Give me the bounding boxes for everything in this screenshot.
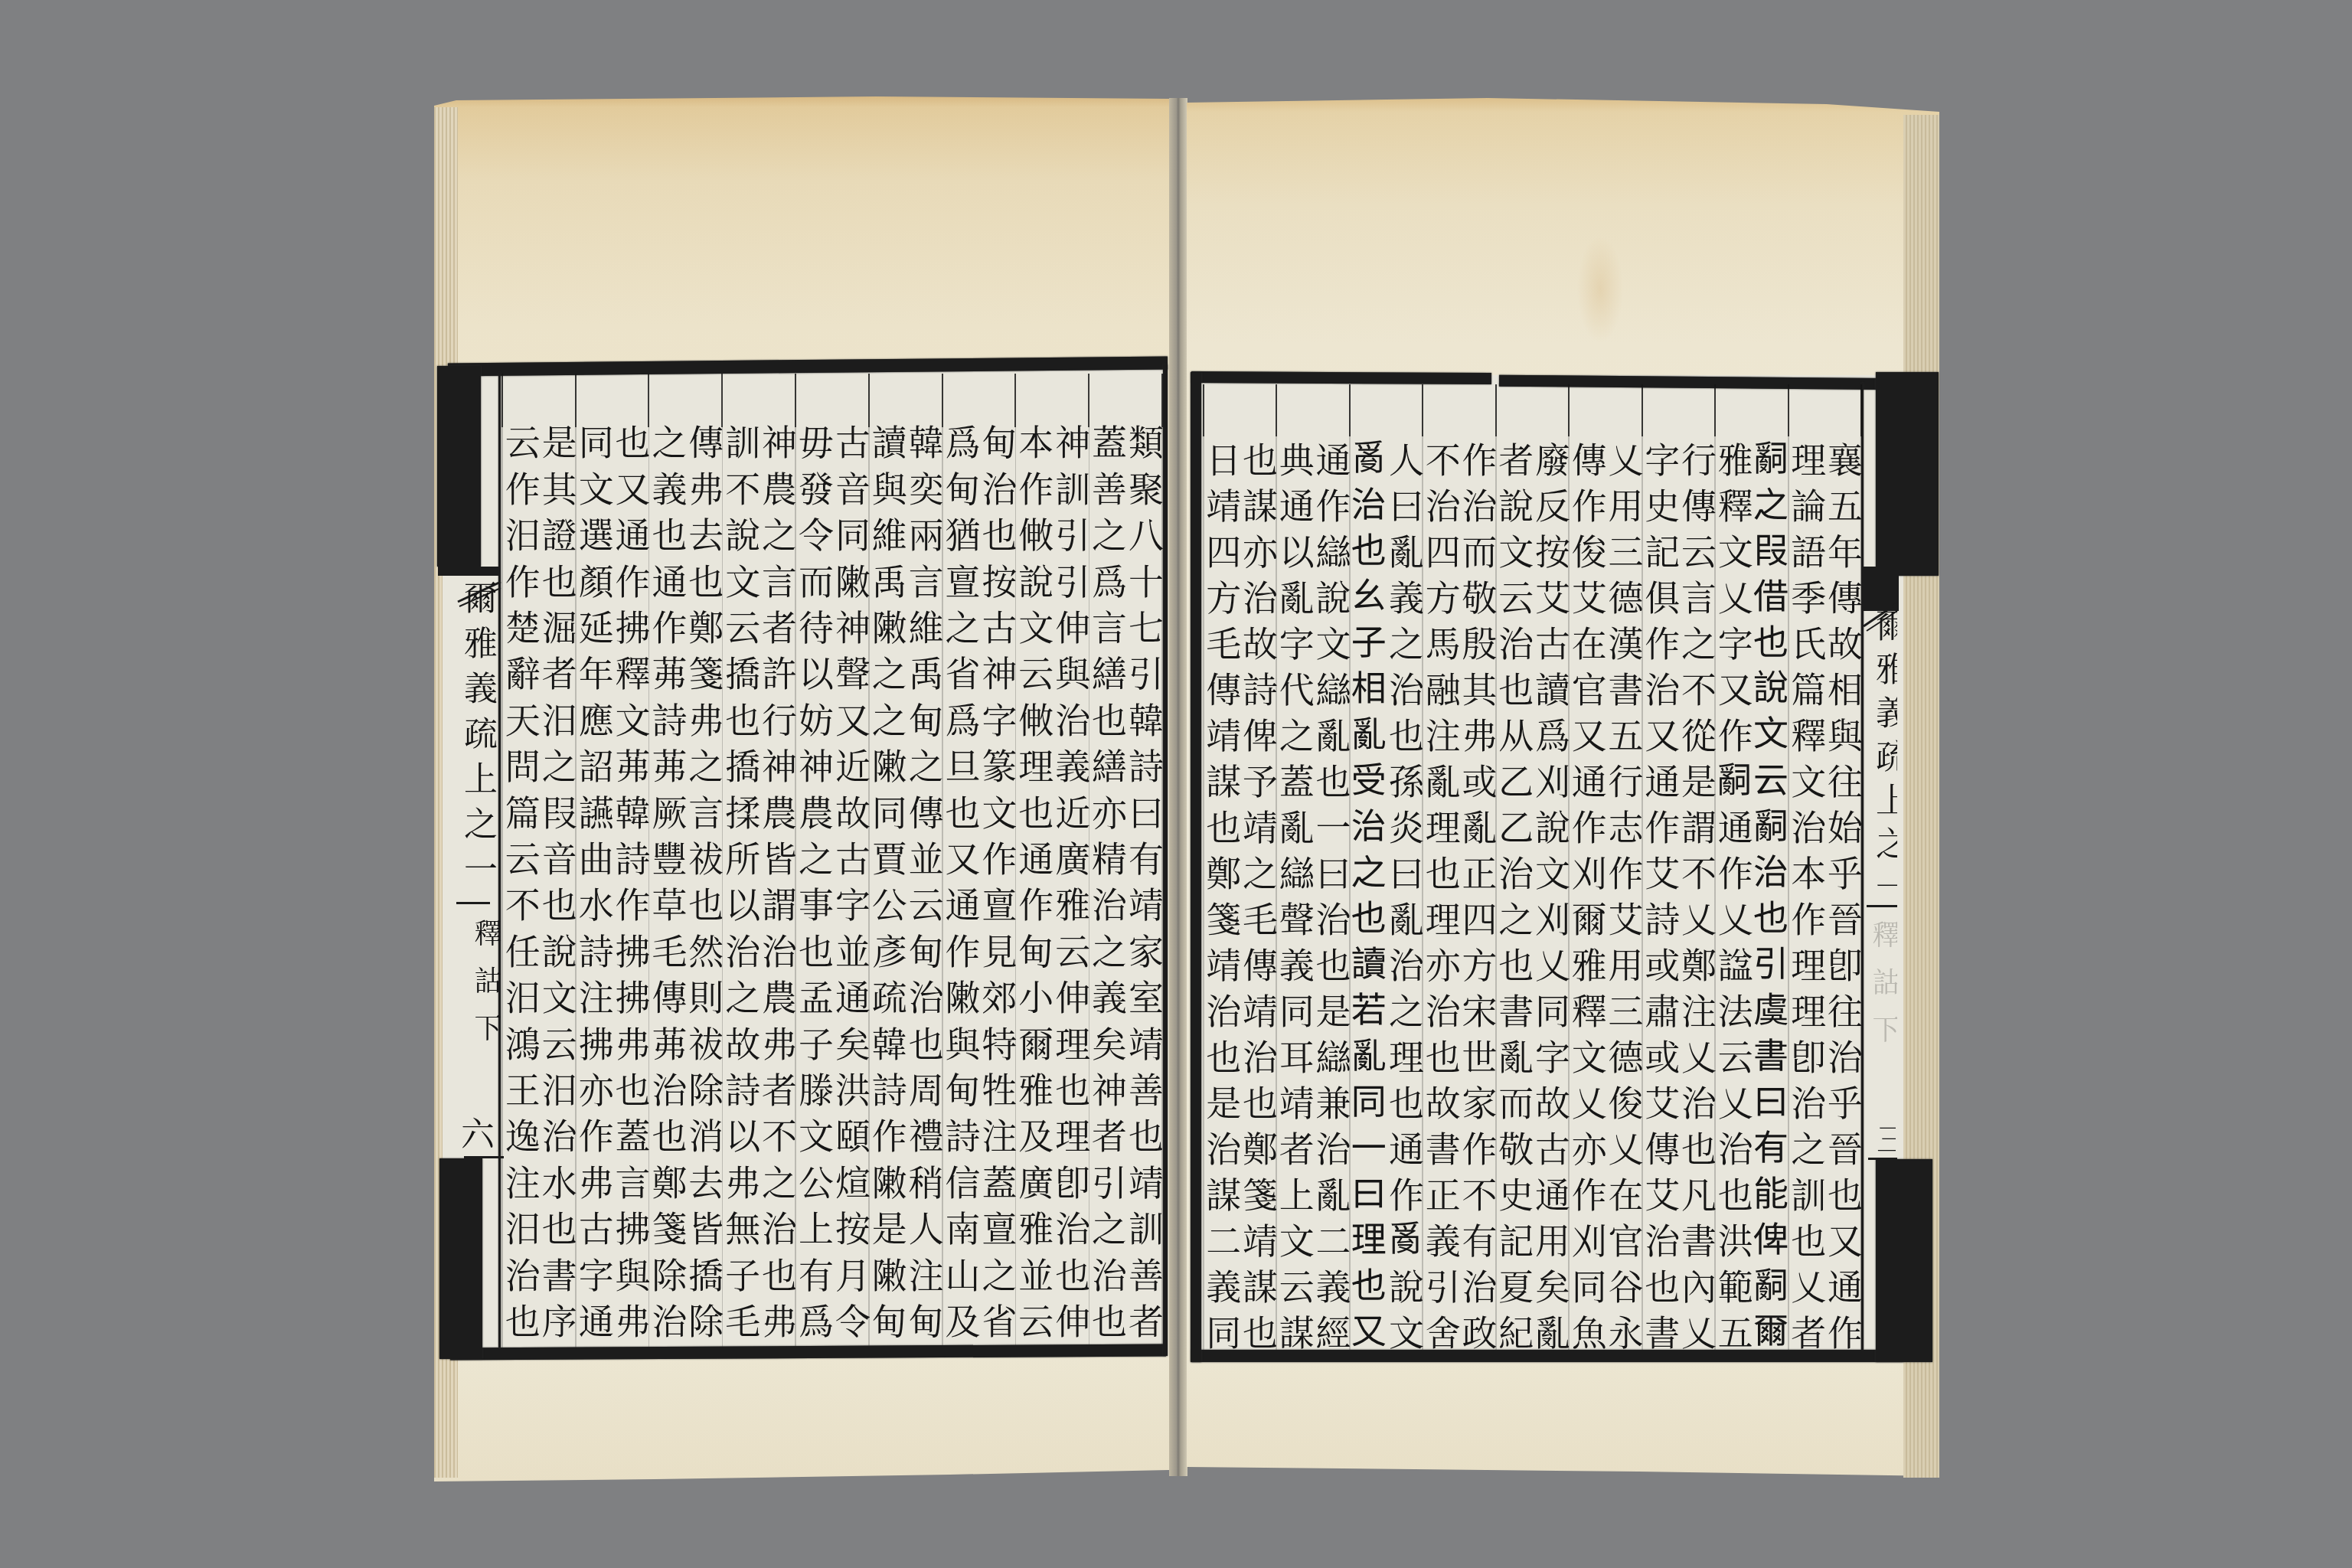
right-fold-page-number-box: 三 [1871, 1121, 1896, 1159]
text-column: 毋發令而待以妨神農之事也孟子滕文公上有爲 [795, 424, 831, 1354]
left-fold-section-box: 釋詁下 [469, 916, 502, 1065]
right-fold-block-top [1876, 372, 1939, 576]
text-column: 類聚八十七引韓詩曰有靖家室靖善也靖訓善者 [1125, 424, 1161, 1354]
text-column: 神訓引引伸與治義近廣雅云伸理也理卽治也伸 [1051, 424, 1088, 1354]
text-column: 廢反按艾古讀爲刈說文刈乂同字故古通用矣亂 [1531, 442, 1568, 1372]
left-fold-divider-1 [456, 902, 490, 904]
text-column: 不治四方馬融注亂理也理亦治也故書正義引舍 [1422, 442, 1459, 1372]
text-column: 人曰亂義之治也孫炎曰亂治之理也通作𤔔說文 [1385, 442, 1422, 1372]
text-column: 神農之言者許行神農皆謂治農弗者不之治也弗 [758, 424, 795, 1354]
right-fold-divider-1 [1867, 905, 1897, 907]
text-column: 雅釋文乂字又作𤔲通作乂諡法云乂治也洪範五 [1714, 442, 1751, 1372]
right-fold-title: 爾雅義疏上之一 [1870, 608, 1897, 911]
text-column: 傳弗去也鄭箋弗之言祓也然則祓除消去皆撟除 [684, 424, 721, 1354]
text-column: 作治而敬殷其弗或亂正四方宋世家作不有治政 [1459, 442, 1495, 1372]
left-fold-title: 爾雅義疏上之一 [458, 580, 496, 897]
text-column: 也謀亦治故詩俾予靖之毛傳靖治也鄭箋靖謀也 [1239, 442, 1276, 1372]
text-column: 讀與維禹敶之之敶同賈公彥疏韓詩作敶是敶甸 [868, 424, 905, 1354]
right-fold-title-box: 爾雅義疏上之一 [1865, 605, 1897, 911]
right-frame-top-border-left [1191, 371, 1491, 384]
text-column: 日靖四方毛傳靖謀也鄭箋靖治也是治謀二義同 [1203, 442, 1240, 1372]
text-column: 云作汨作楚辭天問篇云不任汨鴻王逸注汨治也 [501, 424, 538, 1354]
left-page-number: 六 [458, 1116, 493, 1150]
left-page-text-block: 類聚八十七引韓詩曰有靖家室靖善也靖訓善者 蓋善之爲言繕也繕亦精治之義矣神者引之治… [501, 424, 1161, 1354]
text-column: 理論語季氏篇釋文治本作理理卽治之訓也乂者 [1788, 442, 1824, 1372]
right-fold-divider-2 [1868, 1158, 1897, 1160]
left-fold-title-box: 爾雅義疏上之一 [456, 576, 498, 901]
text-column: 傳作俊艾在官又通作刈爾雅釋文乂亦作刈同魚 [1568, 442, 1605, 1372]
text-column: 襄五年傳故相與往始乎晉卽往治乎晉也又通作 [1824, 442, 1860, 1372]
text-column: 也又通作拂釋文茀韓詩作拂拂弗也蓋言拂與弗 [612, 424, 648, 1354]
left-fold-block-top [437, 366, 481, 567]
right-frame-left-border [1191, 372, 1201, 1362]
text-column: 蓋善之爲言繕也繕亦精治之義矣神者引之治也 [1088, 424, 1125, 1354]
text-column: 行傳云言之不從是謂不乂鄭注乂治也凡書內乂 [1677, 442, 1714, 1372]
text-column: 甸治也按古神字篆文作亶見郊特牲注蓋亶之省 [978, 424, 1015, 1354]
left-fold-page-number-box: 六 [458, 1113, 495, 1156]
right-column-rule-ticks [1202, 384, 1862, 436]
text-column: 字史記俱作治又通作艾詩或肅或艾傳艾治也書 [1641, 442, 1678, 1372]
left-fold-section: 釋詁下 [470, 919, 501, 1061]
right-page-text-block: 襄五年傳故相與往始乎晉卽往治乎晉也又通作 理論語季氏篇釋文治本作理理卽治之訓也乂… [1202, 442, 1860, 1372]
left-fold-divider-2 [464, 1156, 504, 1158]
right-fold-section-box: 釋詁下 [1865, 917, 1897, 1070]
text-column: 乂用三德漢書五行志作艾用三德俊乂在官谷永 [1605, 442, 1641, 1372]
text-column: 通作䜌說文䜌亂也一曰治也是䜌兼治亂二義經 [1312, 442, 1349, 1372]
right-fold-section: 釋詁下 [1868, 920, 1897, 1063]
right-fold-block-bottom [1876, 1159, 1932, 1362]
book-gutter [1169, 98, 1187, 1476]
text-column: 古音同敶神聲又近故古字並通矣洪頤煊按月令 [831, 424, 868, 1354]
text-column: 者說文云治也从乙乙治之也書亂而敬史記夏紀 [1495, 442, 1532, 1372]
text-column: 本作敒說文云敒理也通作甸小爾雅及廣雅並云 [1014, 424, 1051, 1354]
text-column: 同文選顏延年應詔讌曲水詩注拂亦作弗古字通 [575, 424, 612, 1354]
text-column: 𤔔治也幺子相亂受治之也讀若亂同一曰理也又 [1349, 442, 1386, 1372]
text-column: 韓奕兩言維禹甸之傳並云甸治也周禮稍人注甸 [905, 424, 942, 1354]
text-column: 典通以亂字代之蓋亂䜌聲義同耳靖者上文云謀 [1276, 442, 1312, 1372]
text-column: 是其證也淈者汨之叚音也說文云汨治水也書序 [538, 424, 575, 1354]
text-column: 之義也通作茀詩茀厥豐草毛傳茀治也鄭箋除治 [648, 424, 685, 1354]
left-column-rule-ticks [501, 374, 1163, 427]
text-column: 訓不說文云撟也撟揉所以治之故詩以弗無子毛 [721, 424, 758, 1354]
text-column: 𤔲之叚借也說文云𤔲治也引虞書曰有能俾𤔲爾 [1751, 442, 1788, 1372]
text-column: 爲甸猶亶之省爲旦也又通作敶與甸詩信南山及 [942, 424, 978, 1354]
right-page-number: 三 [1873, 1122, 1896, 1155]
left-fold-block-bottom [439, 1158, 482, 1359]
